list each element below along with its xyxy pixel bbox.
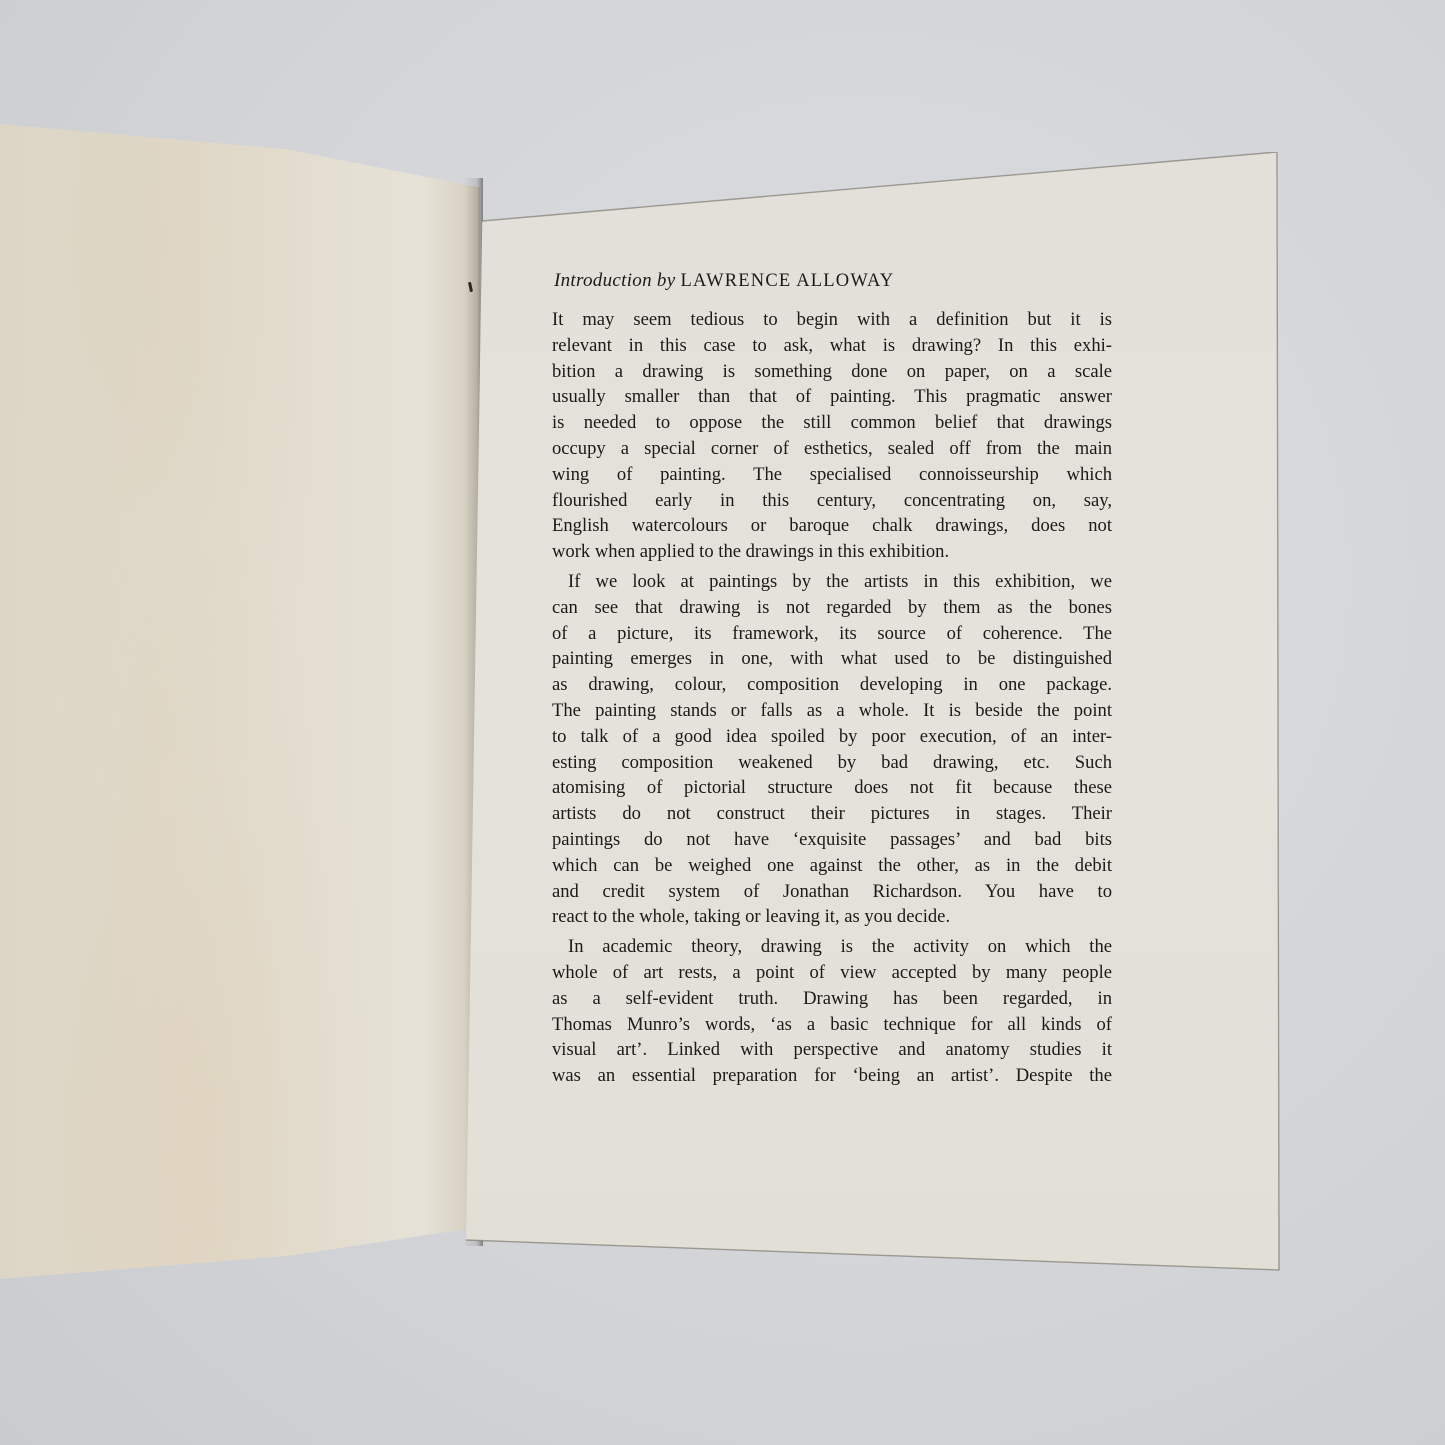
text-line: In academic theory, drawing is the activ… [552,934,1112,960]
text-line: can see that drawing is not regarded by … [552,595,1112,621]
text-line: painting emerges in one, with what used … [552,646,1112,672]
introduction-heading: Introduction by LAWRENCE ALLOWAY [554,268,1112,294]
text-line: visual art’. Linked with perspective and… [552,1037,1112,1063]
text-line: is needed to oppose the still common bel… [552,410,1112,436]
text-line: as a self-evident truth. Drawing has bee… [552,986,1112,1012]
paragraph-1: It may seem tedious to begin with a defi… [552,307,1112,565]
text-line: relevant in this case to ask, what is dr… [552,333,1112,359]
text-line: flourished early in this century, concen… [552,488,1112,514]
text-line: If we look at paintings by the artists i… [552,569,1112,595]
text-line: react to the whole, taking or leaving it… [552,904,1112,930]
text-line: occupy a special corner of esthetics, se… [552,436,1112,462]
text-line: which can be weighed one against the oth… [552,853,1112,879]
text-line: esting composition weakened by bad drawi… [552,750,1112,776]
left-blank-page [0,124,480,1279]
text-line: wing of painting. The specialised connoi… [552,462,1112,488]
paragraph-2: If we look at paintings by the artists i… [552,569,1112,930]
text-line: was an essential preparation for ‘being … [552,1063,1112,1089]
text-line: atomising of pictorial structure does no… [552,775,1112,801]
text-line: of a picture, its framework, its source … [552,621,1112,647]
text-line: The painting stands or falls as a whole.… [552,698,1112,724]
introduction-text: Introduction by LAWRENCE ALLOWAY It may … [552,268,1112,1089]
text-line: whole of art rests, a point of view acce… [552,960,1112,986]
text-line: It may seem tedious to begin with a defi… [552,307,1112,333]
text-line: as drawing, colour, composition developi… [552,672,1112,698]
text-line: English watercolours or baroque chalk dr… [552,513,1112,539]
text-line: paintings do not have ‘exquisite passage… [552,827,1112,853]
text-line: to talk of a good idea spoiled by poor e… [552,724,1112,750]
text-line: bition a drawing is something done on pa… [552,359,1112,385]
text-line: and credit system of Jonathan Richardson… [552,879,1112,905]
text-line: Thomas Munro’s words, ‘as a basic techni… [552,1012,1112,1038]
text-line: usually smaller than that of painting. T… [552,384,1112,410]
text-line: artists do not construct their pictures … [552,801,1112,827]
heading-author: LAWRENCE ALLOWAY [681,271,895,291]
text-line: work when applied to the drawings in thi… [552,539,1112,565]
heading-prefix: Introduction by [554,270,675,291]
paragraph-3: In academic theory, drawing is the activ… [552,934,1112,1089]
